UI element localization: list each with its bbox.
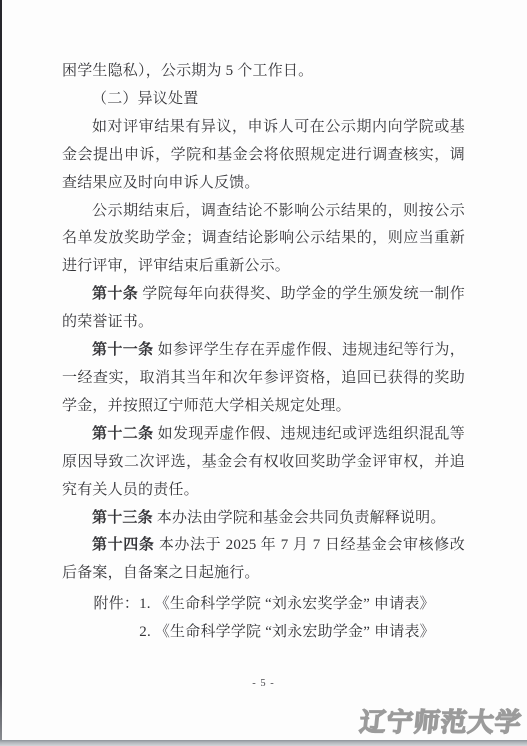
- article-number: 第十一条: [92, 342, 154, 358]
- paragraph: 第十四条 本办法于 2025 年 7 月 7 日经基金会审核修改后备案，自备案之…: [62, 532, 465, 588]
- scan-edge-bottom: [0, 740, 527, 746]
- article-number: 第十二条: [92, 426, 154, 442]
- paragraph: 第十三条 本办法由学院和基金会共同负责解释说明。: [62, 505, 465, 533]
- paragraph: 第十二条 如发现弄虚作假、违规违纪或评选组织混乱等原因导致二次评选，基金会有权收…: [62, 421, 465, 505]
- paragraph: 公示期结束后，调查结论不影响公示结果的，则按公示名单发放奖助学金；调查结论影响公…: [62, 198, 465, 282]
- document-body: 困学生隐私），公示期为 5 个工作日。（二）异议处置如对评审结果有异议，申诉人可…: [62, 58, 465, 647]
- paragraph: 如对评审结果有异议，申诉人可在公示期内向学院或基金会提出申诉，学院和基金会将依照…: [62, 114, 465, 198]
- article-number: 第十条: [92, 286, 138, 302]
- article-number: 第十三条: [92, 510, 153, 526]
- paragraph: 第十条 学院每年向获得奖、助学金的学生颁发统一制作的荣誉证书。: [62, 281, 465, 337]
- scan-edge-left: [0, 0, 2, 741]
- article-number: 第十四条: [92, 537, 154, 553]
- paragraph: 附件：1. 《生命科学学院 “刘永宏奖学金” 申请表》: [62, 591, 465, 619]
- paragraph: （二）异议处置: [62, 86, 465, 114]
- paragraph: 困学生隐私），公示期为 5 个工作日。: [62, 58, 465, 86]
- page-number: - 5 -: [0, 678, 527, 689]
- scanned-document-page: { "page": { "number_label": "- 5 -", "wa…: [0, 0, 527, 746]
- paragraph: 2. 《生命科学学院 “刘永宏助学金” 申请表》: [62, 619, 465, 647]
- university-watermark: 辽宁师范大学: [358, 702, 524, 739]
- paragraph: 第十一条 如参评学生存在弄虚作假、违规违纪等行为，一经查实，取消其当年和次年参评…: [62, 337, 465, 421]
